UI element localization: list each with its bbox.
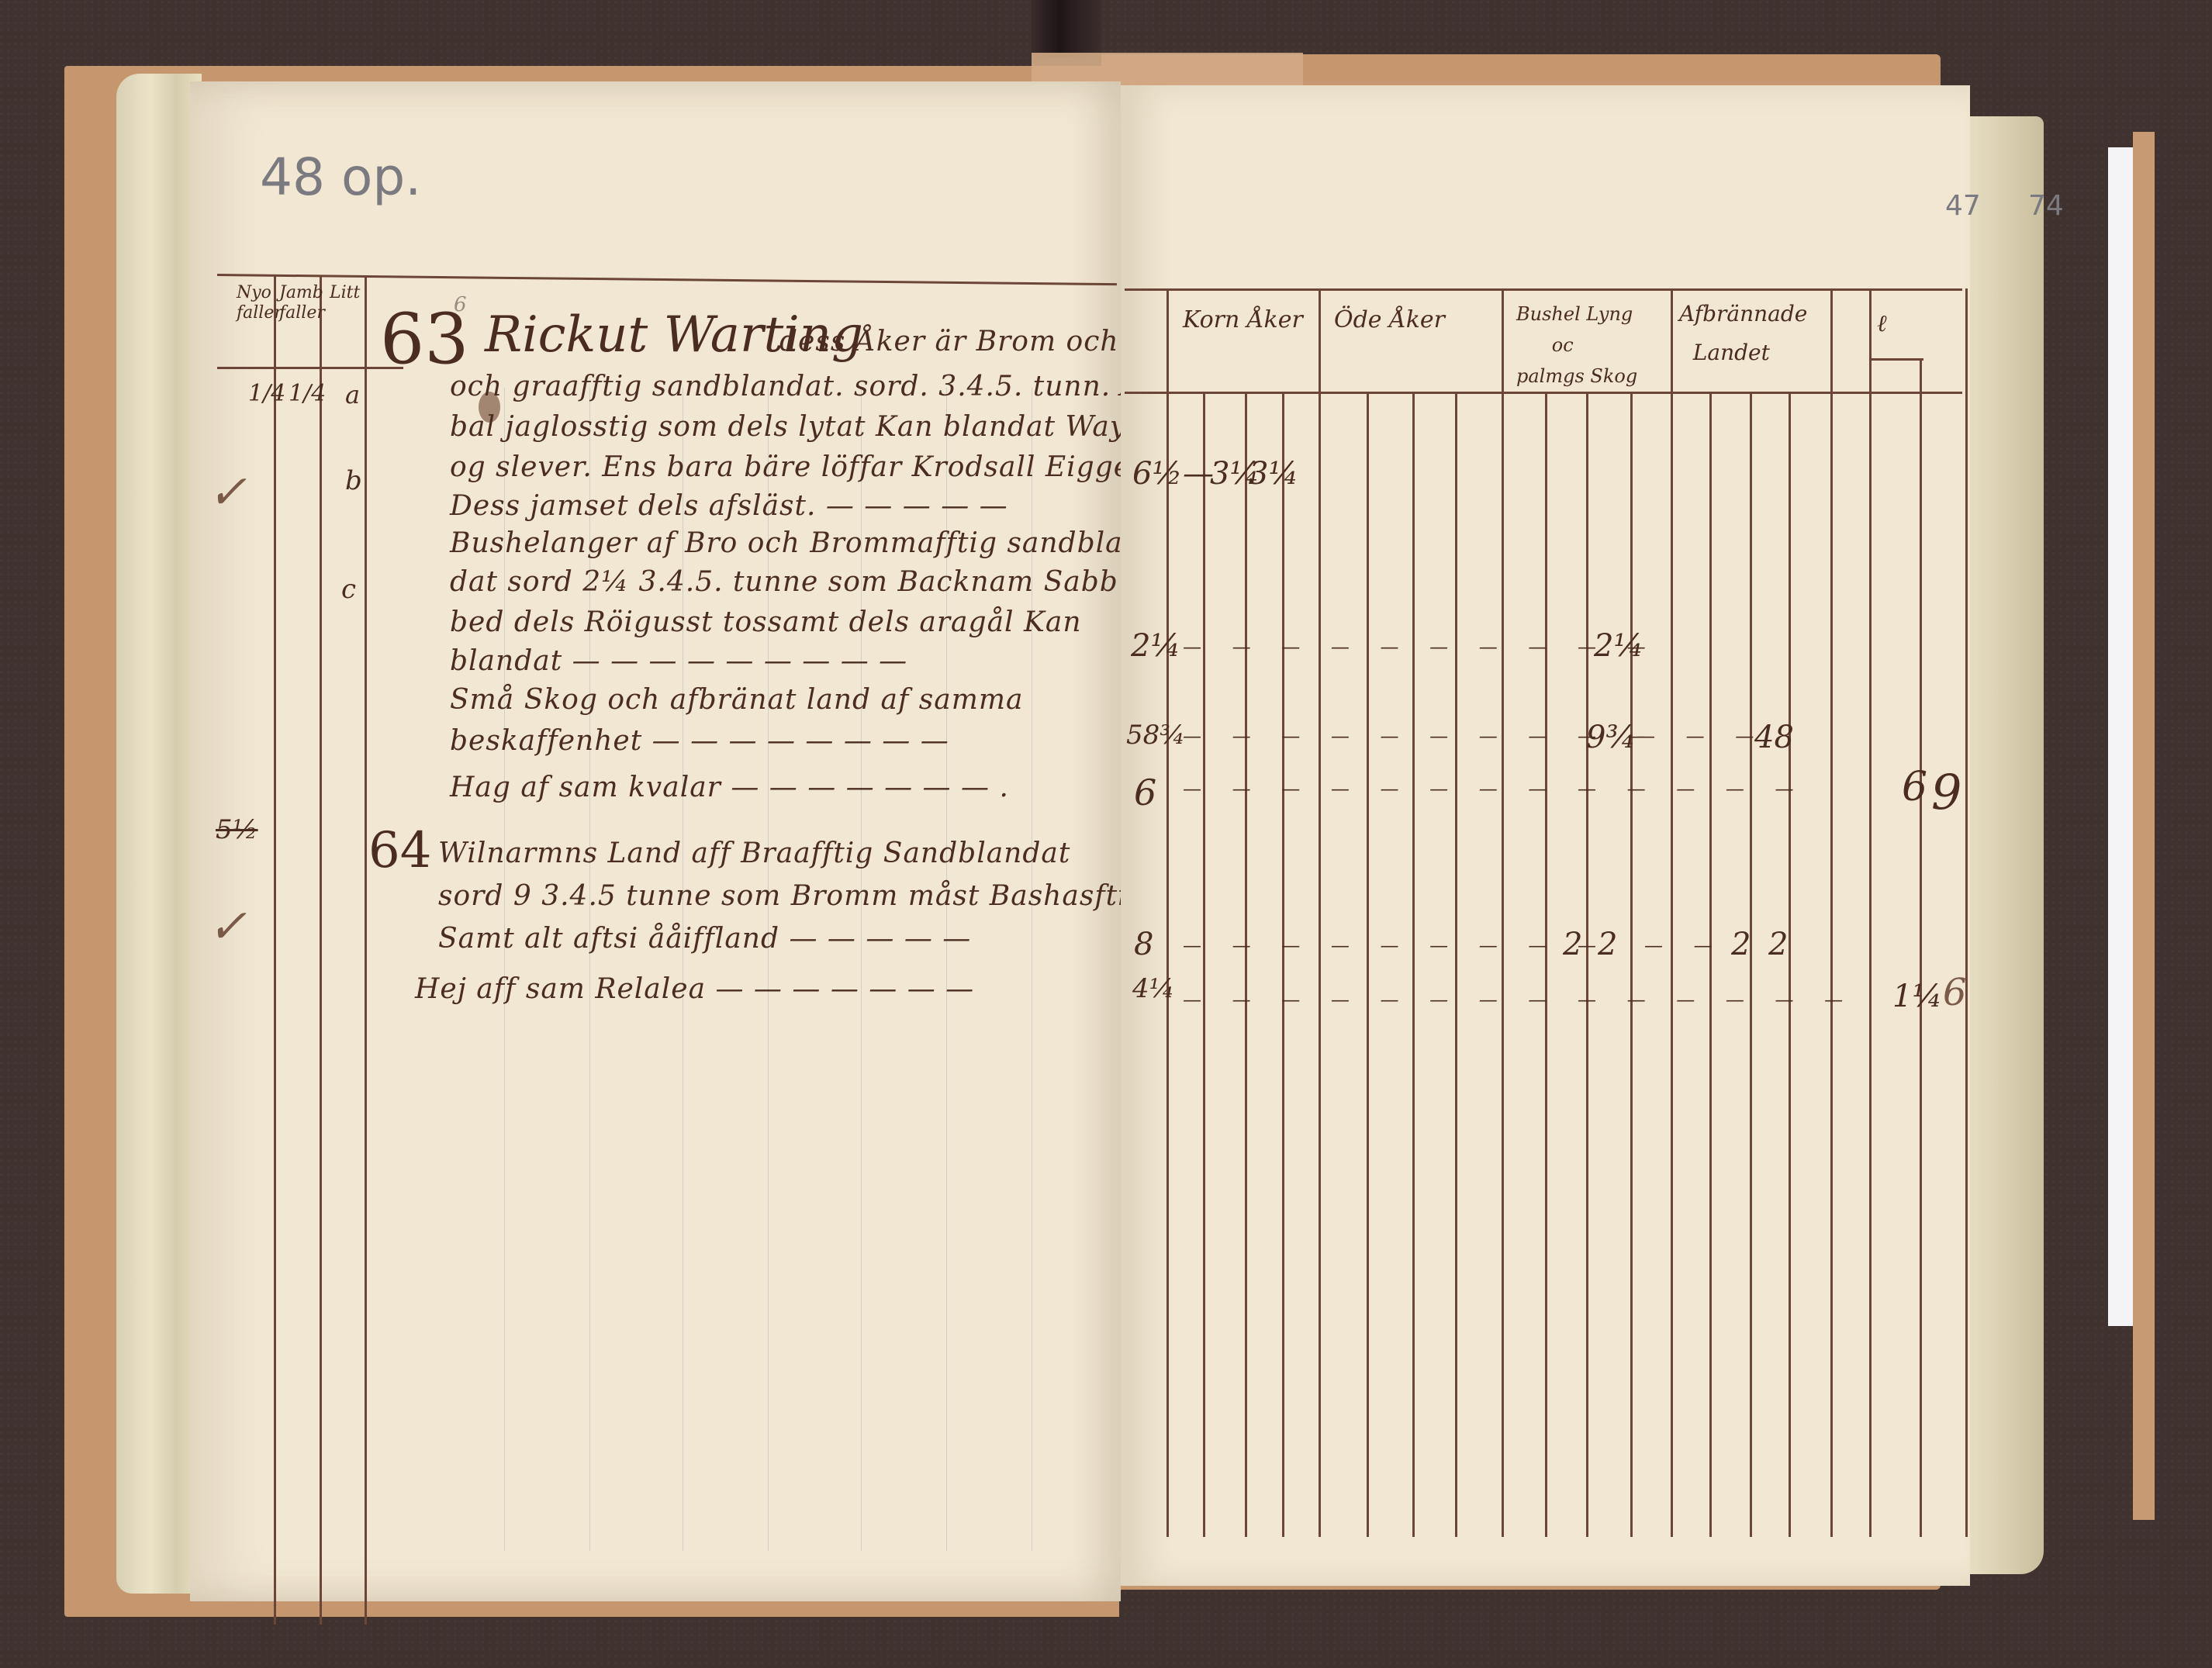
entry-63-line-5: Dess jamset dels afsläst. — — — — —	[450, 490, 1008, 522]
book-spine	[1032, 0, 1101, 58]
entry-63-line-11: beskaffenhet — — — — — — — —	[450, 725, 949, 757]
row-3-dashes-2: — — —	[1637, 725, 1766, 747]
row-3-val-2: 48	[1754, 720, 1794, 755]
row-2-dashes: — — — — — — — — — —	[1183, 636, 1658, 658]
litt-c: c	[341, 574, 356, 605]
right-col-line-minor	[1455, 392, 1457, 1537]
row-5-val-2: 2	[1598, 927, 1617, 962]
row-2-val: 2¼	[1594, 628, 1643, 664]
litt-a: a	[345, 380, 360, 409]
entry-63-line-4: og slever. Ens bara bäre löffar Krodsall…	[450, 451, 1145, 483]
right-page-stack	[1970, 116, 2044, 1574]
row-label-4: 6	[1134, 772, 1156, 813]
entry-63-line-7: dat sord 2¼ 3.4.5. tunne som Backnam Sab…	[450, 566, 1118, 598]
check-mark-2: ✓	[208, 900, 247, 954]
right-col-line-minor	[1412, 392, 1415, 1537]
entry-63-line-1: dess Åker är Brom och	[779, 326, 1119, 357]
right-col-line-major-2	[1502, 288, 1504, 1537]
right-col-line-minor	[1789, 392, 1791, 1537]
row-1-dash: —	[1183, 456, 1214, 492]
row-5-dashes-2: — —	[1644, 934, 1725, 956]
row-1-val-2: 3¼	[1249, 456, 1298, 492]
right-col-line-major-3	[1671, 288, 1673, 1537]
right-header-top-rule	[1125, 288, 1962, 291]
header-korn-aker: Korn Åker	[1183, 306, 1303, 333]
left-col-divider-2	[320, 275, 322, 1625]
left-page-stack	[116, 74, 202, 1594]
entry-63-line-3: bal jaglosstig som dels lytat Kan blanda…	[450, 411, 1163, 443]
margin-fraction-1: 1/4	[248, 380, 285, 407]
entry-63-line-10: Små Skog och afbränat land af samma	[450, 684, 1023, 716]
row-4-val-2: 9	[1931, 764, 1961, 820]
left-header-nyo: Nyofaller	[237, 283, 282, 323]
right-header-bottom-rule	[1125, 392, 1962, 394]
row-label-3: 58¾	[1126, 720, 1185, 751]
right-header-subrule	[1869, 358, 1923, 361]
header-bushel-lyng: Bushel Lyng ocpalmgs Skog	[1516, 299, 1637, 392]
left-col-divider-3	[365, 275, 367, 1625]
pencil-folio-right: 47	[1945, 190, 1981, 222]
entry-64-line-2: sord 9 3.4.5 tunne som Bromm måst Bashas…	[438, 880, 1146, 912]
right-col-line-major-6	[1965, 288, 1968, 1537]
row-5-val-4: 2	[1768, 927, 1788, 962]
right-col-line-minor	[1920, 358, 1922, 1537]
entry-64-line-4: Hej aff sam Relalea — — — — — — —	[415, 973, 974, 1005]
pencil-folio-right-2: 74	[2028, 190, 2064, 222]
right-col-line-minor	[1630, 392, 1633, 1537]
cover-edge	[2133, 132, 2155, 1520]
left-col-divider-1	[274, 275, 276, 1625]
margin-fraction-64: 5½	[216, 814, 258, 845]
row-5-val-3: 2	[1731, 927, 1751, 962]
right-col-line-major-1	[1319, 288, 1321, 1537]
row-label-6: 4¼	[1132, 973, 1175, 1004]
row-label-2: 2¼	[1131, 628, 1180, 664]
right-col-line-minor	[1282, 392, 1284, 1537]
row-3-val-1: 9¾	[1586, 720, 1636, 755]
right-col-line-minor	[1586, 392, 1588, 1537]
row-label-1: 6½	[1132, 456, 1182, 492]
left-header-bottom-rule	[217, 367, 403, 369]
entry-63-line-9: blandat — — — — — — — — —	[450, 645, 907, 677]
calibration-strip	[2108, 147, 2133, 1326]
row-6-dashes: — — — — — — — — — — — — — —	[1183, 989, 1855, 1010]
entry-64-line-3: Samt alt aftsi ååiffland — — — — —	[438, 923, 971, 955]
row-6-val-2: 6	[1943, 971, 1967, 1014]
right-col-line-minor	[1203, 392, 1205, 1537]
entry-63-line-8: bed dels Röigusst tossamt dels aragål Ka…	[450, 606, 1082, 638]
row-label-5: 8	[1134, 927, 1153, 962]
row-5-dashes: — — — — — — — — —	[1183, 934, 1609, 956]
row-6-val-1: 1¼	[1892, 979, 1942, 1014]
right-col-line-minor	[1545, 392, 1547, 1537]
entry-63-line-6: Bushelanger af Bro och Brommafftig sandb…	[450, 527, 1152, 559]
right-col-line-minor	[1367, 392, 1369, 1537]
left-header-litt: Litt	[330, 283, 360, 302]
margin-fraction-2: 1/4	[289, 380, 326, 407]
header-ode-aker: Öde Åker	[1334, 306, 1445, 333]
right-col-line-minor	[1245, 392, 1247, 1537]
left-header-jamb: Jambfaller	[279, 283, 325, 323]
right-col-line-major-4	[1830, 288, 1833, 1537]
right-col-line-major-5	[1869, 288, 1872, 1537]
entry-63-line-12: Hag af sam kvalar — — — — — — — .	[450, 772, 1009, 803]
header-afbrannade: Afbrännade Landet	[1679, 295, 1807, 372]
right-col-line-minor	[1709, 392, 1712, 1537]
pencil-folio-left: 48 op.	[260, 147, 421, 207]
entry-63-superscript: 6	[454, 293, 467, 316]
entry-64-line-1: Wilnarmns Land aff Braafftig Sandblandat	[438, 837, 1070, 869]
right-col-line-minor	[1750, 392, 1752, 1537]
header-marker: ℓ	[1877, 310, 1887, 337]
row-4-val-1: 6	[1902, 764, 1927, 810]
litt-b: b	[345, 465, 362, 496]
row-5-val-1: 2	[1563, 927, 1582, 962]
entry-number-64: 64	[368, 822, 431, 879]
row-4-dashes: — — — — — — — — — — — — —	[1183, 778, 1806, 799]
check-mark-1: ✓	[208, 465, 247, 520]
